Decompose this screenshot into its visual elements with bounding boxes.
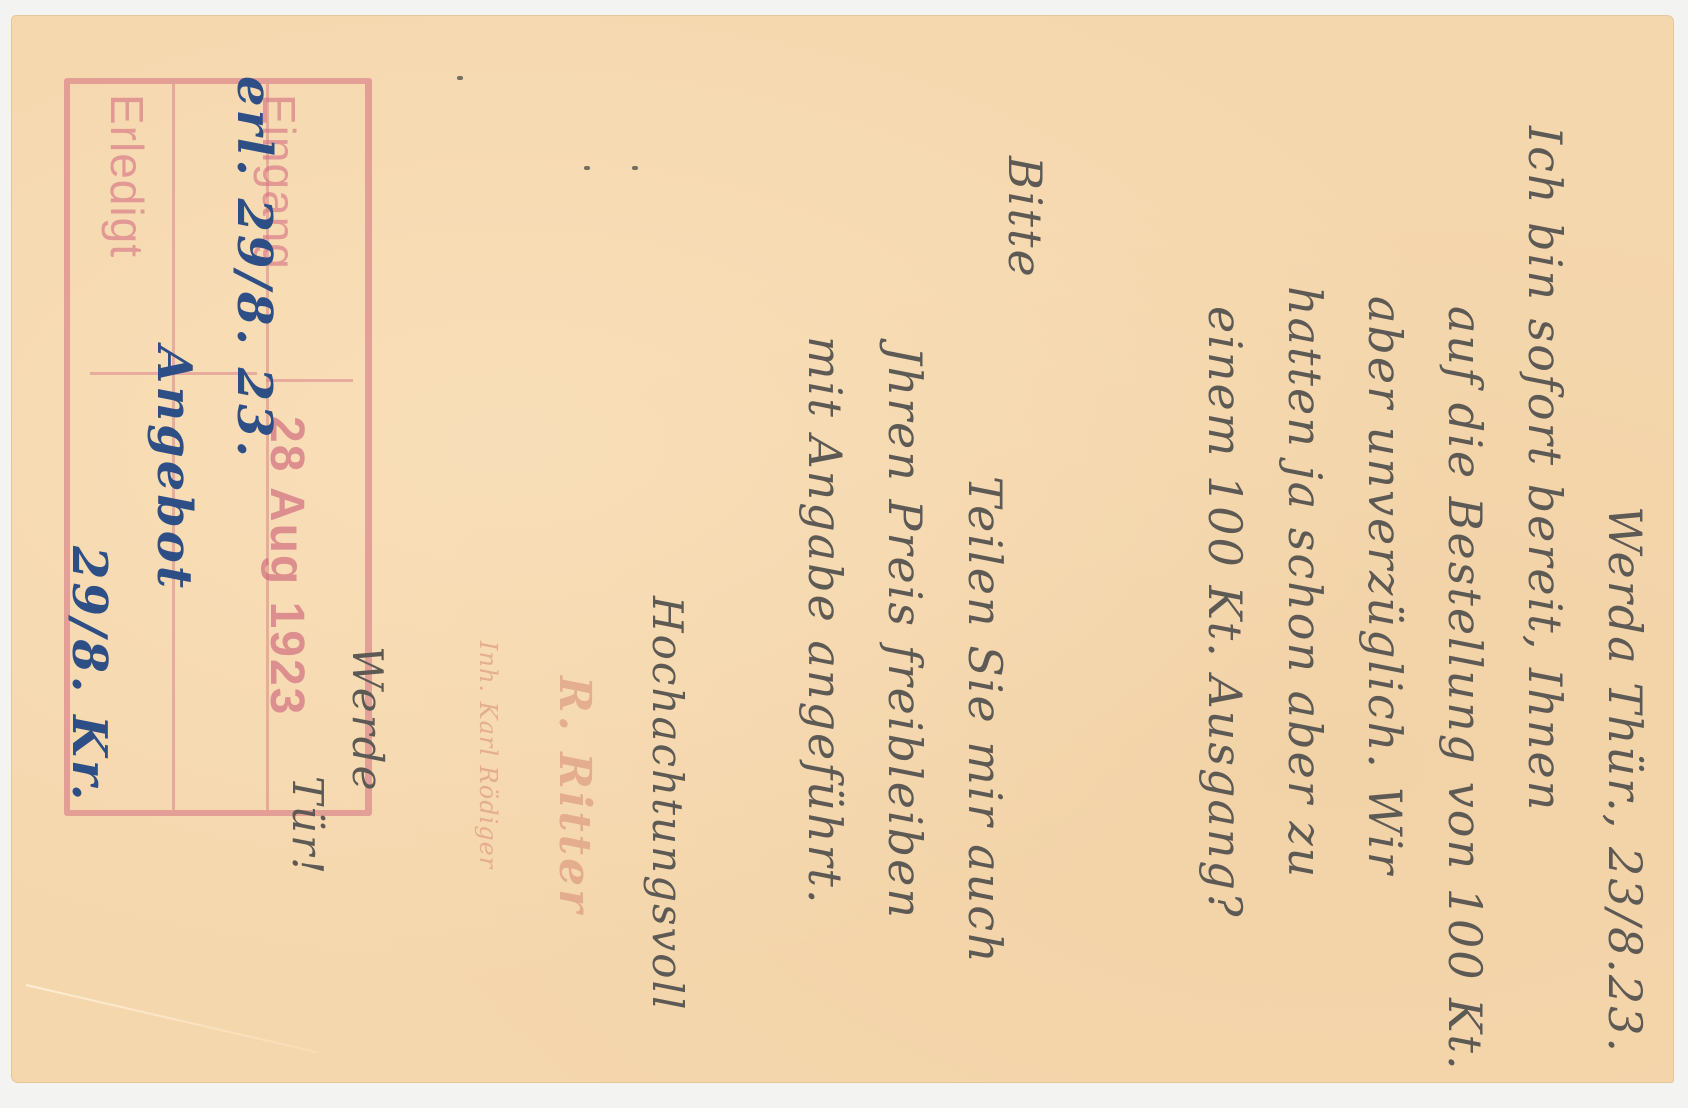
letter-line: Jhren Preis freibleiben bbox=[878, 346, 932, 920]
blue-annotation-line: 29/8. Kr. bbox=[61, 546, 117, 803]
letter-line: Bitte bbox=[998, 156, 1052, 279]
paper-crease bbox=[26, 984, 319, 1053]
letter-line: auf die Bestellung von 100 Kt. bbox=[1438, 306, 1492, 1072]
letter-line: Ich bin sofort bereit, Ihnen bbox=[1518, 126, 1572, 812]
ink-speck bbox=[457, 76, 463, 80]
letter-line: aber unverzüglich. Wir bbox=[1358, 296, 1412, 876]
stamp-done-label: Erledigt bbox=[100, 94, 154, 258]
letter-signature: Werde bbox=[343, 646, 392, 792]
blue-annotation-line: Angebot bbox=[146, 346, 202, 591]
letter-line: hatten ja schon aber zu bbox=[1278, 286, 1332, 879]
stamp-date: 28 Aug 1923 bbox=[259, 416, 314, 716]
letter-line: mit Angabe angeführt. bbox=[798, 336, 852, 906]
scanned-postcard: Eingang Erledigt 28 Aug 1923 R. Ritter I… bbox=[0, 0, 1688, 1108]
letter-signature: Tür! bbox=[283, 776, 332, 876]
postcard-back: Eingang Erledigt 28 Aug 1923 R. Ritter I… bbox=[12, 16, 1673, 1082]
firm-stamp-owner: Inh. Karl Rödiger bbox=[474, 641, 502, 869]
ink-speck bbox=[584, 166, 590, 170]
letter-line: Teilen Sie mir auch bbox=[958, 476, 1012, 965]
letter-line: einem 100 Kt. Ausgang? bbox=[1198, 306, 1252, 919]
ink-speck bbox=[632, 166, 638, 170]
firm-stamp-name: R. Ritter bbox=[549, 676, 600, 915]
letter-place-date: Werda Thür., 23/8.23. bbox=[1598, 506, 1652, 1054]
blue-annotation-line: erl. 29/8. 23. bbox=[226, 76, 282, 460]
letter-closing: Hochachtungsvoll bbox=[643, 596, 692, 1011]
